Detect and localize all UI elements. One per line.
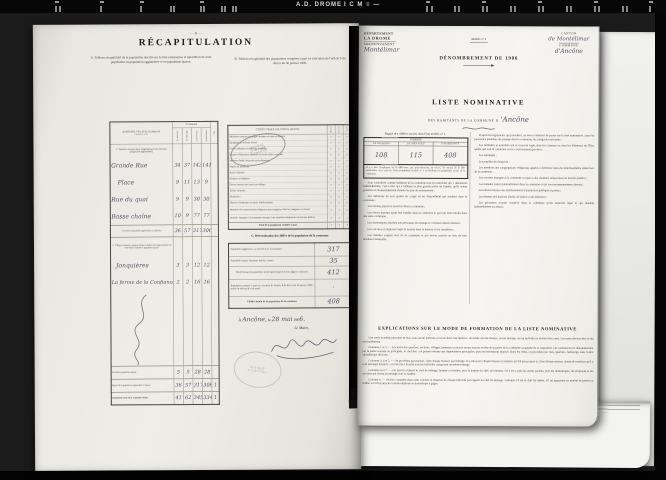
arrondissement-value-handwritten: Montélimar [364, 46, 424, 53]
recap-note-a: A. Tableau récapitulatif de la populatio… [86, 55, 216, 65]
right-page-liste-nominative: DÉPARTEMENT LA DROME ARRONDISSEMENT Mont… [357, 25, 600, 426]
explanation-paragraph: Colonnes 3, 4 et 5. — On procédera par m… [362, 359, 593, 368]
paragraph: Les élèves internes des établissements d… [474, 189, 594, 193]
quarter-name: Grande Rue [110, 157, 173, 174]
paragraph: Les malades soignés hors de la commune e… [363, 234, 467, 242]
explanations-title: EXPLICATIONS SUR LE MODE DE FORMATION DE… [363, 325, 593, 331]
arrow-rule-icon [461, 63, 496, 67]
quarter-name: Basse chaîne [110, 208, 173, 225]
summary-row: Population totale de la commune entière … [111, 391, 219, 405]
table-row: Jonquières 33 1212 [111, 256, 219, 274]
recap-note-b: B. Tableau récapitulatif des populations… [231, 56, 349, 66]
date-line: À Ancône, le 28 mai 1906. [238, 315, 353, 323]
section-eparse-label: 2° Villages, hameaux, quartiers situés e… [110, 237, 173, 257]
list-title: LISTE NOMINATIVE [359, 98, 599, 107]
recall-menages-value: 115 [398, 146, 433, 165]
summary-row: Total de la population éparse 55 2828 [111, 365, 219, 379]
paragraph: Sont considérés comme habitants de la co… [363, 181, 467, 193]
exclusions-column: D'après les règlements qui précèdent, on… [474, 134, 594, 212]
recall-habitants-value: 408 [433, 146, 468, 165]
quarter-name: Place [110, 174, 173, 191]
table-row: Rue du quai 99 3030 [110, 190, 218, 208]
table-row: Population éparse (maisons isolées, écar… [229, 256, 353, 267]
mayor-signature-icon [265, 330, 340, 363]
subtotal-row: Total de la population agglomérée au che… [110, 224, 218, 237]
recall-note: Il y a lieu d'expliquer ici la différenc… [363, 165, 468, 179]
recall-table: NOMBRE DE MAISONS DE MÉNAGES D'HABITANTS… [363, 137, 468, 165]
left-page-recapitulation: — 8 — RÉCAPITULATION A. Tableau récapitu… [33, 23, 361, 471]
archival-scan-viewer: A.D. DROME I C M ≡ — — 8 — RÉCAPITULATIO… [0, 0, 666, 480]
recap-title: RÉCAPITULATION [33, 36, 359, 49]
total-row: Total de la population comptée à part » … [228, 222, 351, 230]
table-a-col-obs: Obs. [213, 130, 216, 134]
hamlet-name: La ferme de la Confiance [111, 274, 174, 291]
paragraph: Les militaires et assimilés qui se trouv… [474, 144, 594, 152]
canton-value-handwritten: de Montélimar [542, 35, 596, 42]
canton-commune-block: CANTON de Montélimar COMMUNE d'Ancône [542, 32, 596, 54]
table-a-col-menages: de ménages [186, 130, 189, 141]
paragraph: Les personnes n'ayant conservé dans la c… [474, 202, 594, 210]
table-row: Population agglomérée au chef-lieu de la… [228, 243, 352, 257]
hamlet-name: Jonquières [111, 257, 174, 274]
paragraph: D'après les règlements qui précèdent, on… [474, 134, 594, 142]
commune-name-handwritten: 'Ancône [501, 116, 529, 124]
pen-squiggle-icon [111, 291, 171, 366]
paragraph: Les détenus des maisons d'arrêt, de just… [474, 195, 594, 199]
explanation-paragraph: Colonnes 1 et 2. — Les noms des quartier… [362, 346, 593, 358]
table-a-population-by-quarter: QUARTIERS, VILLAGES, HAMEAUX (indiquer l… [109, 121, 219, 406]
scan-right-margin [655, 13, 666, 480]
paragraph: Les ouvriers et employés logés et nourri… [363, 228, 467, 232]
table-c-population-figure: Population agglomérée au chef-lieu de la… [228, 242, 353, 309]
explanation-paragraph: Une seule et même personne ne doit, sous… [362, 336, 593, 345]
paragraph: Les pupilles des hospices ; [474, 160, 594, 164]
department-value: LA DROME [364, 35, 424, 40]
census-title: DÉNOMBREMENT DE 1906 [434, 55, 524, 61]
paragraph: Les domestiques attachés aux personnes d… [363, 221, 467, 225]
summary-row: Report de la population agglomérée ci-de… [111, 378, 219, 392]
recall-maisons-value: 108 [364, 146, 399, 165]
table-a-col-personnes: de personnes [205, 129, 208, 141]
paragraph: Les malades traités habituellement dans … [474, 183, 594, 187]
date-place-handwritten: Ancône, [242, 316, 267, 323]
explanation-paragraph: Colonnes 6 et 7. — On inscrira d'abord l… [362, 369, 593, 378]
table-row: Total formant la population municipale (… [229, 266, 353, 280]
table-row: La ferme de la Confiance 22 1616 [111, 273, 219, 291]
paragraph: Les équipages ; [474, 154, 594, 158]
section-agglomeree-label: 1° Quartiers compris dans l'agglomératio… [110, 144, 173, 157]
paragraph: Les militaires de tous grades en congé o… [363, 195, 467, 203]
recall-caption: Rappel des chiffres inscrits dans l'état… [363, 132, 467, 135]
recall-values-row: 108 115 408 [364, 146, 468, 165]
list-subtitle: DES HABITANTS DE LA COMMUNE D 'Ancône [358, 114, 598, 124]
subtotal-label: Total de la population agglomérée au che… [110, 225, 173, 237]
table-a-name-subheader: (indiquer le nom) [111, 133, 172, 135]
paragraph: Les membres des congrégations religieuse… [474, 167, 594, 175]
archive-label: A.D. DROME [296, 2, 342, 8]
quarter-name: Rue du quai [110, 191, 173, 208]
department-block: DÉPARTEMENT LA DROME ARRONDISSEMENT Mont… [364, 31, 424, 53]
census-header-block: Modèle n° 2 DÉNOMBREMENT DE 1906 [434, 38, 524, 70]
commune-value-handwritten: d'Ancône [542, 47, 596, 54]
recall-column: Rappel des chiffres inscrits dans l'état… [363, 132, 467, 244]
table-row: Population comptée à part en exécution d… [229, 279, 353, 297]
table-b-col-femmes: Femmes [338, 126, 340, 133]
table-a-col-individus: d'individus [195, 130, 198, 140]
table-b-col-total: Total [346, 127, 348, 131]
mayor-title: Le Maire, [294, 325, 309, 330]
ruler-scale-label: I C M ≡ — [344, 2, 380, 8]
section-c-title: C. Détermination du chiffre de la popula… [228, 234, 352, 238]
table-row: Basse chaîne 109 7777 [110, 207, 218, 225]
table-row: Grande Rue 3437 143141 [110, 156, 218, 174]
scan-bottom-margin [0, 471, 666, 480]
explanation-paragraph: Colonne 8. — On fera connaître dans cett… [362, 378, 593, 387]
paragraph: Les élèves internes ayant leur famille d… [363, 211, 467, 219]
paragraph: Les enfants placés en nourrice dans la c… [363, 205, 467, 209]
paragraph: Les ouvriers étrangers à la commune occu… [474, 177, 594, 181]
explanations-body: Une seule et même personne ne doit, sous… [362, 336, 593, 388]
flourish-divider-icon [460, 126, 496, 131]
table-b-col-hommes: Hommes [330, 126, 332, 133]
ruler-bar: A.D. DROME I C M ≡ — [0, 0, 666, 13]
column-divider [469, 132, 470, 304]
table-a-col-maisons: de maisons [176, 130, 179, 140]
table-row: Place 911 139 [110, 173, 218, 191]
model-number: Modèle n° 2 [434, 38, 524, 41]
date-day-handwritten: 28 mai [272, 316, 293, 323]
table-row: Chiffre absolu de la population de la co… [229, 296, 353, 309]
